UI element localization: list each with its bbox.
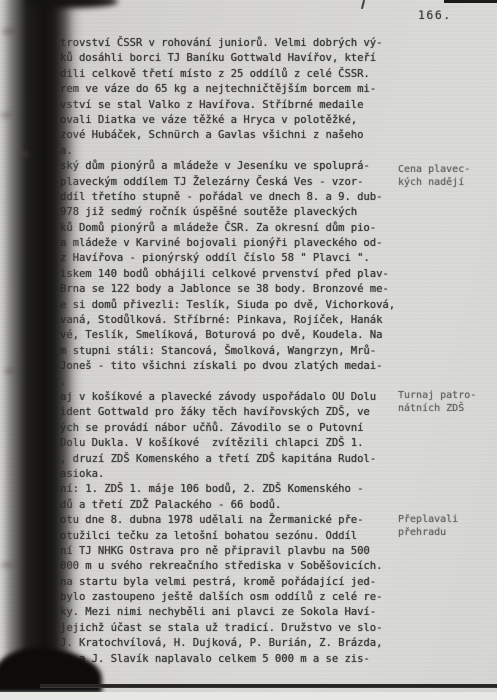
text-line: , druzí ZDŠ Komenského a třetí ZDŠ kapit…: [60, 452, 410, 467]
body-text: trovství ČSSR v rohování juniorů. Velmi …: [60, 36, 410, 667]
margin-note-dam-crossing: Přeplavali přehradu: [398, 514, 496, 539]
text-line: bylo zastoupeno ještě dalších osm oddílů…: [60, 590, 410, 605]
text-line: J. Kratochvílová, H. Dujková, P. Burián,…: [60, 636, 410, 651]
scan-smudge: [4, 368, 16, 374]
margin-note-line: přehradu: [398, 527, 496, 540]
text-line: ých se provádí nábor učňů. Závodilo se o…: [60, 421, 410, 436]
text-line: otu dne 8. dubna 1978 udělali na Žermani…: [60, 513, 410, 528]
text-line: 000 m u svého rekreačního střediska v So…: [60, 559, 410, 574]
text-line: jejichž účast se stala už tradicí. Družs…: [60, 621, 410, 636]
scanned-document-page: 166. trovství ČSSR v rohování juniorů. V…: [0, 0, 497, 700]
scan-smudge: [1, 562, 15, 568]
text-line: ní: 1. ZDŠ 1. máje 106 bodů, 2. ZDŠ Kome…: [60, 482, 410, 497]
text-line: a.: [60, 144, 410, 159]
text-line: ky. Mezi nimi nechyběli ani plavci ze So…: [60, 605, 410, 620]
paragraph-swim-contest: ský dům pionýrů a mládeže v Jeseníku ve …: [60, 159, 410, 390]
text-line: e si domů přivezli: Teslík, Siuda po dvě…: [60, 298, 410, 313]
text-line: ident Gottwald pro žáky těch havířovskýc…: [60, 405, 410, 420]
text-line: iskem 140 bodů obhájili celkové prvenstv…: [60, 267, 410, 282]
text-line: plaveckým oddílem TJ Železárny Česká Ves…: [60, 175, 410, 190]
text-line: ský dům pionýrů a mládeže v Jeseníku ve …: [60, 159, 410, 174]
text-line: ků dosáhli borci TJ Baníku Gottwald Haví…: [60, 51, 410, 66]
text-line: zové Hubáček, Schnürch a Gavlas všichni …: [60, 128, 410, 143]
margin-note-line: kých nadějí: [398, 177, 496, 190]
text-line: Joneš - tito všichni získali po dvou zla…: [60, 359, 410, 374]
text-line: m stupni stáli: Stancová, Šmolková, Wang…: [60, 344, 410, 359]
scan-top-edge-line: [444, 0, 497, 3]
text-line: vaná, Stodůlková. Stříbrné: Pinkava, Roj…: [60, 313, 410, 328]
text-line: a mládeže v Karviné bojovali pionýři pla…: [60, 236, 410, 251]
paragraph-dam-swim: otu dne 8. dubna 1978 udělali na Žermani…: [60, 513, 410, 667]
scan-bottom-edge-line: [40, 684, 497, 688]
margin-note-swimming-hopes: Cena plavec- kých nadějí: [398, 164, 496, 189]
text-line: 978 již sedmý ročník úspěšné soutěže pla…: [60, 205, 410, 220]
text-line: .: [60, 375, 410, 390]
text-line: z Havířova - pionýrský oddíl číslo 58 " …: [60, 251, 410, 266]
paragraph-results: ní: 1. ZDŠ 1. máje 106 bodů, 2. ZDŠ Kome…: [60, 482, 410, 513]
text-line: asioka.: [60, 467, 410, 482]
pen-tick-mark: [361, 0, 365, 9]
scan-smudge: [0, 112, 13, 118]
text-line: Dolu Dukla. V košíkové zvítězili chlapci…: [60, 436, 410, 451]
text-line: na startu byla velmi pestrá, kromě pořád…: [60, 575, 410, 590]
text-line: otužilci tečku za letošní bohatou sezónu…: [60, 529, 410, 544]
paragraph-tournament: aj v košíkové a plavecké závody uspořáda…: [60, 390, 410, 482]
margin-note-school-tournament: Turnaj patro- nátních ZDŠ: [398, 390, 496, 415]
text-line: ovali Diatka ve váze těžké a Hryca v pol…: [60, 113, 410, 128]
text-line: vství se stal Valko z Havířova. Stříbrné…: [60, 98, 410, 113]
text-line: dili celkově třetí místo z 25 oddílů z c…: [60, 67, 410, 82]
page-number: 166.: [418, 8, 452, 22]
text-line: ek a J. Slavík naplavalo celkem 5 000 m …: [60, 652, 410, 667]
text-line: rem ve váze do 65 kg a nejtechničtějším …: [60, 82, 410, 97]
margin-note-line: Cena plavec-: [398, 164, 496, 177]
margin-note-line: Turnaj patro-: [398, 390, 496, 403]
text-line: Brna se 122 body a Jablonce se 38 body. …: [60, 282, 410, 297]
paragraph-boxing: trovství ČSSR v rohování juniorů. Velmi …: [60, 36, 410, 159]
margin-note-line: Přeplavali: [398, 514, 496, 527]
text-line: ddíl třetího stupně - pořádal ve dnech 8…: [60, 190, 410, 205]
margin-note-line: nátních ZDŠ: [398, 403, 496, 416]
text-line: ků Domů pionýrů a mládeže ČSR. Za okresn…: [60, 221, 410, 236]
text-line: ní TJ NHKG Ostrava pro ně připravil plav…: [60, 544, 410, 559]
text-line: dů a třetí ZDŽ Palackého - 66 bodů.: [60, 498, 410, 513]
scan-smudge: [20, 152, 30, 157]
text-line: vé, Teslík, Smelíková, Boturová po dvě, …: [60, 328, 410, 343]
scan-bottom-margin: [0, 692, 497, 700]
scan-smudge: [2, 28, 18, 35]
text-line: trovství ČSSR v rohování juniorů. Velmi …: [60, 36, 410, 51]
text-line: aj v košíkové a plavecké závody uspořáda…: [60, 390, 410, 405]
